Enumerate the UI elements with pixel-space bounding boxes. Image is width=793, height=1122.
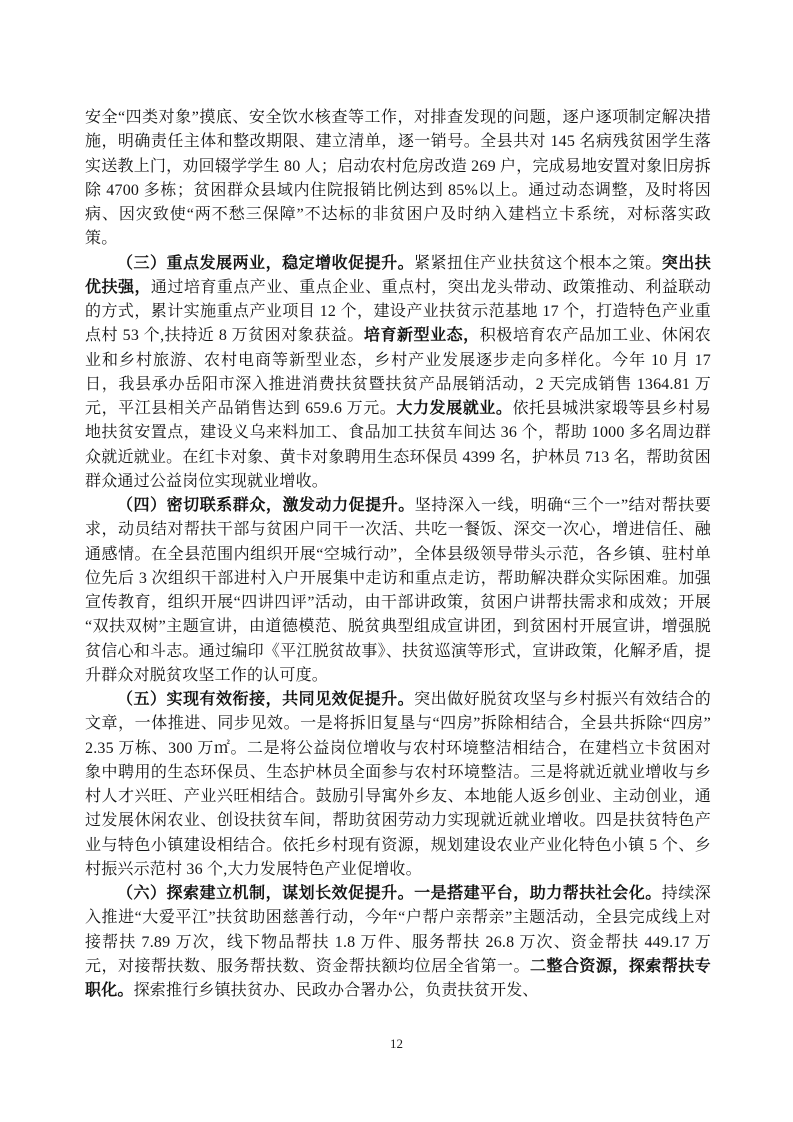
text-run: 突出做好脱贫攻坚与乡村振兴有效结合的文章，一体推进、同步见效。一是将拆旧复垦与“… (85, 691, 711, 878)
bold-text-run: 培育新型业态， (364, 327, 480, 344)
text-run: 坚持深入一线，明确“三个一”结对帮扶要求，动员结对帮扶干部与贫困户同干一次活、共… (85, 497, 711, 684)
bold-text-run: （五）实现有效衔接，共同见效促提升。 (117, 691, 414, 708)
bold-text-run: （四）密切联系群众，激发动力促提升。 (117, 497, 415, 514)
paragraph-1: 安全“四类对象”摸底、安全饮水核查等工作，对排查发现的问题，逐户逐项制定解决措施… (85, 106, 711, 252)
page-number: 12 (0, 1036, 793, 1052)
bold-text-run: 大力发展就业。 (396, 400, 512, 417)
bold-text-run: （六）探索建立机制，谋划长效促提升。一是搭建平台，助力帮扶社会化。 (117, 885, 662, 902)
paragraph-3: （四）密切联系群众，激发动力促提升。坚持深入一线，明确“三个一”结对帮扶要求，动… (85, 494, 711, 688)
paragraph-2: （三）重点发展两业，稳定增收促提升。紧紧扭住产业扶贫这个根本之策。突出扶优扶强，… (85, 252, 711, 495)
document-body: 安全“四类对象”摸底、安全饮水核查等工作，对排查发现的问题，逐户逐项制定解决措施… (85, 106, 711, 1003)
text-run: 安全“四类对象”摸底、安全饮水核查等工作，对排查发现的问题，逐户逐项制定解决措施… (85, 109, 711, 247)
document-page: 安全“四类对象”摸底、安全饮水核查等工作，对排查发现的问题，逐户逐项制定解决措施… (0, 0, 793, 1122)
paragraph-5: （六）探索建立机制，谋划长效促提升。一是搭建平台，助力帮扶社会化。持续深入推进“… (85, 882, 711, 1003)
text-run: 探索推行乡镇扶贫办、民政办合署办公，负责扶贫开发、 (134, 982, 539, 999)
bold-text-run: （三）重点发展两业，稳定增收促提升。 (117, 255, 414, 272)
paragraph-4: （五）实现有效衔接，共同见效促提升。突出做好脱贫攻坚与乡村振兴有效结合的文章，一… (85, 688, 711, 882)
text-run: 紧紧扭住产业扶贫这个根本之策。 (414, 255, 662, 272)
